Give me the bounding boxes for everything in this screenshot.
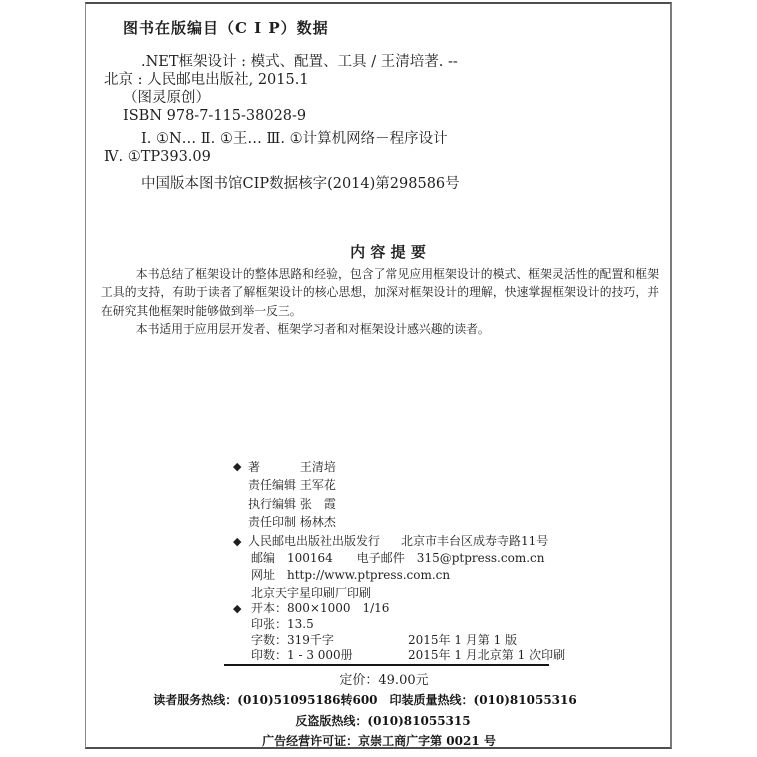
cip-registry-line: 中国版本图书馆CIP数据核字(2014)第298586号: [141, 175, 460, 193]
summary-paragraph: 本书总结了框架设计的整体思路和经验，包含了常见应用框架设计的模式、框架灵活性的配…: [101, 265, 659, 320]
format-row: 印数：1 - 3 000册 2015年 1 月北京第 1 次印刷: [233, 648, 389, 664]
bullet-diamond-icon: ◆: [233, 601, 241, 617]
credit-value: 张 霞: [300, 497, 336, 511]
cip-record-line: （图灵原创）: [123, 89, 460, 107]
publisher-row: 邮编 100164 电子邮件 315@ptpress.com.cn: [233, 550, 544, 567]
format-left: 印数：1 - 3 000册: [251, 648, 353, 662]
anti-piracy-hotline-line: 反盗版热线：(010)81055315: [295, 712, 470, 729]
service-hotline-line: 读者服务热线：(010)51095186转600 印装质量热线：(010)810…: [153, 691, 576, 708]
cip-record-line: 北京 : 人民邮电出版社, 2015.1: [104, 71, 460, 89]
bullet-diamond-icon: ◆: [233, 533, 241, 550]
publisher-row: 北京天宇星印刷厂印刷: [233, 585, 544, 602]
credit-label: 著: [248, 458, 296, 476]
ad-license-line: 广告经营许可证：京崇工商广字第 0021 号: [262, 732, 496, 749]
publisher-row: 网址 http://www.ptpress.com.cn: [233, 567, 544, 584]
summary-body: 本书总结了框架设计的整体思路和经验，包含了常见应用框架设计的模式、框架灵活性的配…: [101, 265, 659, 338]
credits-row: 责任编辑 王军花: [233, 476, 336, 494]
postcode-email-line: 邮编 100164 电子邮件 315@ptpress.com.cn: [251, 551, 544, 565]
format-row: 字数：319千字 2015年 1 月第 1 版: [233, 633, 389, 649]
credit-value: 杨林杰: [300, 515, 336, 529]
publisher-address: 北京市丰台区成寿寺路11号: [401, 533, 548, 550]
cip-block: .NET框架设计 : 模式、配置、工具 / 王清培著. -- 北京 : 人民邮电…: [104, 53, 460, 193]
credits-row: 执行编辑 张 霞: [233, 495, 336, 513]
website-line: 网址 http://www.ptpress.com.cn: [251, 568, 450, 582]
edition-info: 2015年 1 月第 1 版: [408, 633, 517, 649]
credit-value: 王清培: [300, 460, 336, 474]
credit-label: 责任印制: [248, 513, 296, 531]
publisher-name: 人民邮电出版社出版发行: [248, 534, 380, 548]
credit-label: 执行编辑: [248, 495, 296, 513]
cip-classification-line: Ⅳ. ①TP393.09: [104, 148, 460, 166]
credits-block: ◆ 著 王清培 责任编辑 王军花 执行编辑 张 霞 责任印制 杨林杰: [233, 458, 336, 531]
printer-line: 北京天宇星印刷厂印刷: [251, 586, 371, 600]
cip-record-line: .NET框架设计 : 模式、配置、工具 / 王清培著. --: [141, 53, 460, 71]
divider-rule: [224, 664, 549, 666]
cip-isbn-line: ISBN 978-7-115-38028-9: [123, 107, 460, 125]
cip-box-title: 图书在版编目（C I P）数据: [123, 17, 329, 38]
credit-value: 王军花: [300, 478, 336, 492]
cip-classification-line: Ⅰ. ①N… Ⅱ. ①王… Ⅲ. ①计算机网络－程序设计: [141, 130, 460, 148]
credits-row: 责任印制 杨林杰: [233, 513, 336, 531]
format-row: ◆ 开本：800×1000 1/16: [233, 601, 389, 617]
summary-paragraph: 本书适用于应用层开发者、框架学习者和对框架设计感兴趣的读者。: [101, 320, 659, 338]
format-left: 开本：800×1000 1/16: [251, 601, 389, 615]
bullet-diamond-icon: ◆: [233, 458, 241, 476]
format-left: 印张：13.5: [251, 617, 314, 631]
summary-title: 内 容 提 要: [350, 241, 426, 262]
format-left: 字数：319千字: [251, 633, 334, 647]
print-run-info: 2015年 1 月北京第 1 次印刷: [408, 648, 565, 664]
credit-label: 责任编辑: [248, 476, 296, 494]
page-frame: 图书在版编目（C I P）数据 .NET框架设计 : 模式、配置、工具 / 王清…: [85, 2, 672, 749]
price-line: 定价：49.00元: [339, 669, 428, 688]
publisher-row: ◆ 人民邮电出版社出版发行 北京市丰台区成寿寺路11号: [233, 533, 544, 550]
credits-row: ◆ 著 王清培: [233, 458, 336, 476]
scanned-copyright-page: { "cip": { "box_title": "图书在版编目（C I P）数据…: [0, 0, 757, 757]
format-row: 印张：13.5: [233, 617, 389, 633]
publisher-block: ◆ 人民邮电出版社出版发行 北京市丰台区成寿寺路11号 邮编 100164 电子…: [233, 533, 544, 602]
format-block: ◆ 开本：800×1000 1/16 印张：13.5 字数：319千字 2015…: [233, 601, 389, 664]
